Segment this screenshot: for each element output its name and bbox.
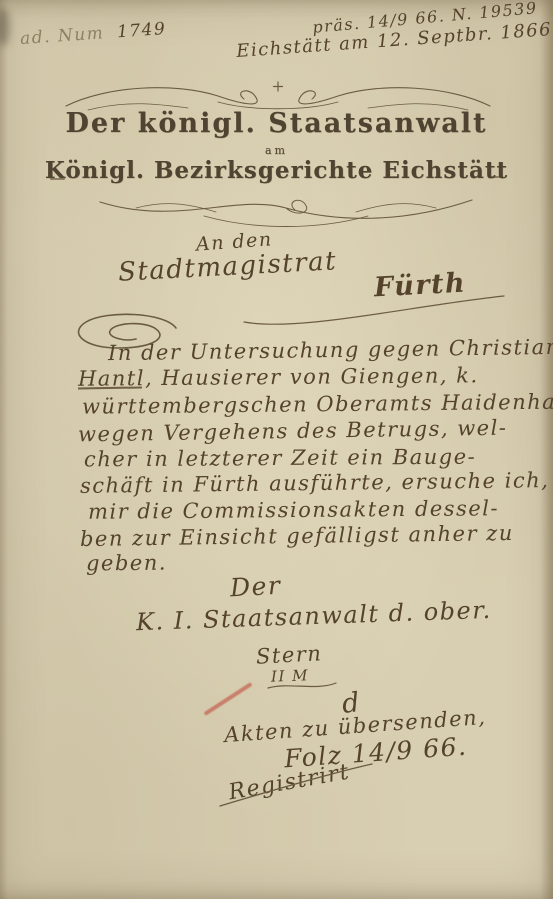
letterhead-am: am [0, 144, 553, 157]
document-page: ad. Num 1749 präs. 14/9 66. N. 19539 Eic… [0, 0, 553, 899]
closing-intro: Der [229, 571, 282, 603]
city-underline-flourish [238, 290, 510, 330]
letterhead-court-line: Königl. Bezirksgerichte Eichstätt [0, 157, 553, 184]
red-pencil-mark [203, 682, 252, 716]
closing-office: K. I. Staatsanwalt d. ober. [136, 596, 493, 636]
registered-strike-flourish [214, 760, 379, 810]
letterhead-title: Der königl. Staatsanwalt [0, 108, 553, 139]
body-line: wegen Vergehens des Betrugs, wel- [78, 416, 508, 447]
paraph-underline-flourish [266, 680, 338, 692]
body-line: In der Untersuchung gegen Christian [108, 335, 553, 365]
body-line: württembergschen Oberamts Haidenhaim, [82, 389, 553, 418]
letterhead-dash-right [488, 176, 503, 178]
letterhead-dash-left [50, 178, 65, 180]
body-line: cher in letzterer Zeit ein Bauge- [84, 445, 476, 472]
file-reference-text: ad. Num [19, 23, 104, 49]
file-reference-number: 1749 [116, 19, 167, 42]
letterhead-ornament-bottom [86, 192, 486, 230]
file-reference-label: ad. Num 1749 [19, 19, 166, 49]
recipient-name: Stadtmagistrat [117, 246, 337, 287]
body-line: mir die Commissionsakten dessel- [88, 496, 499, 524]
body-line: geben. [86, 551, 167, 576]
body-line: ben zur Einsicht gefälligst anher zu [80, 521, 514, 551]
body-line: schäft in Fürth ausführte, ersuche ich, [80, 468, 550, 498]
signature: Stern [255, 641, 322, 668]
corner-shadow [0, 8, 10, 46]
